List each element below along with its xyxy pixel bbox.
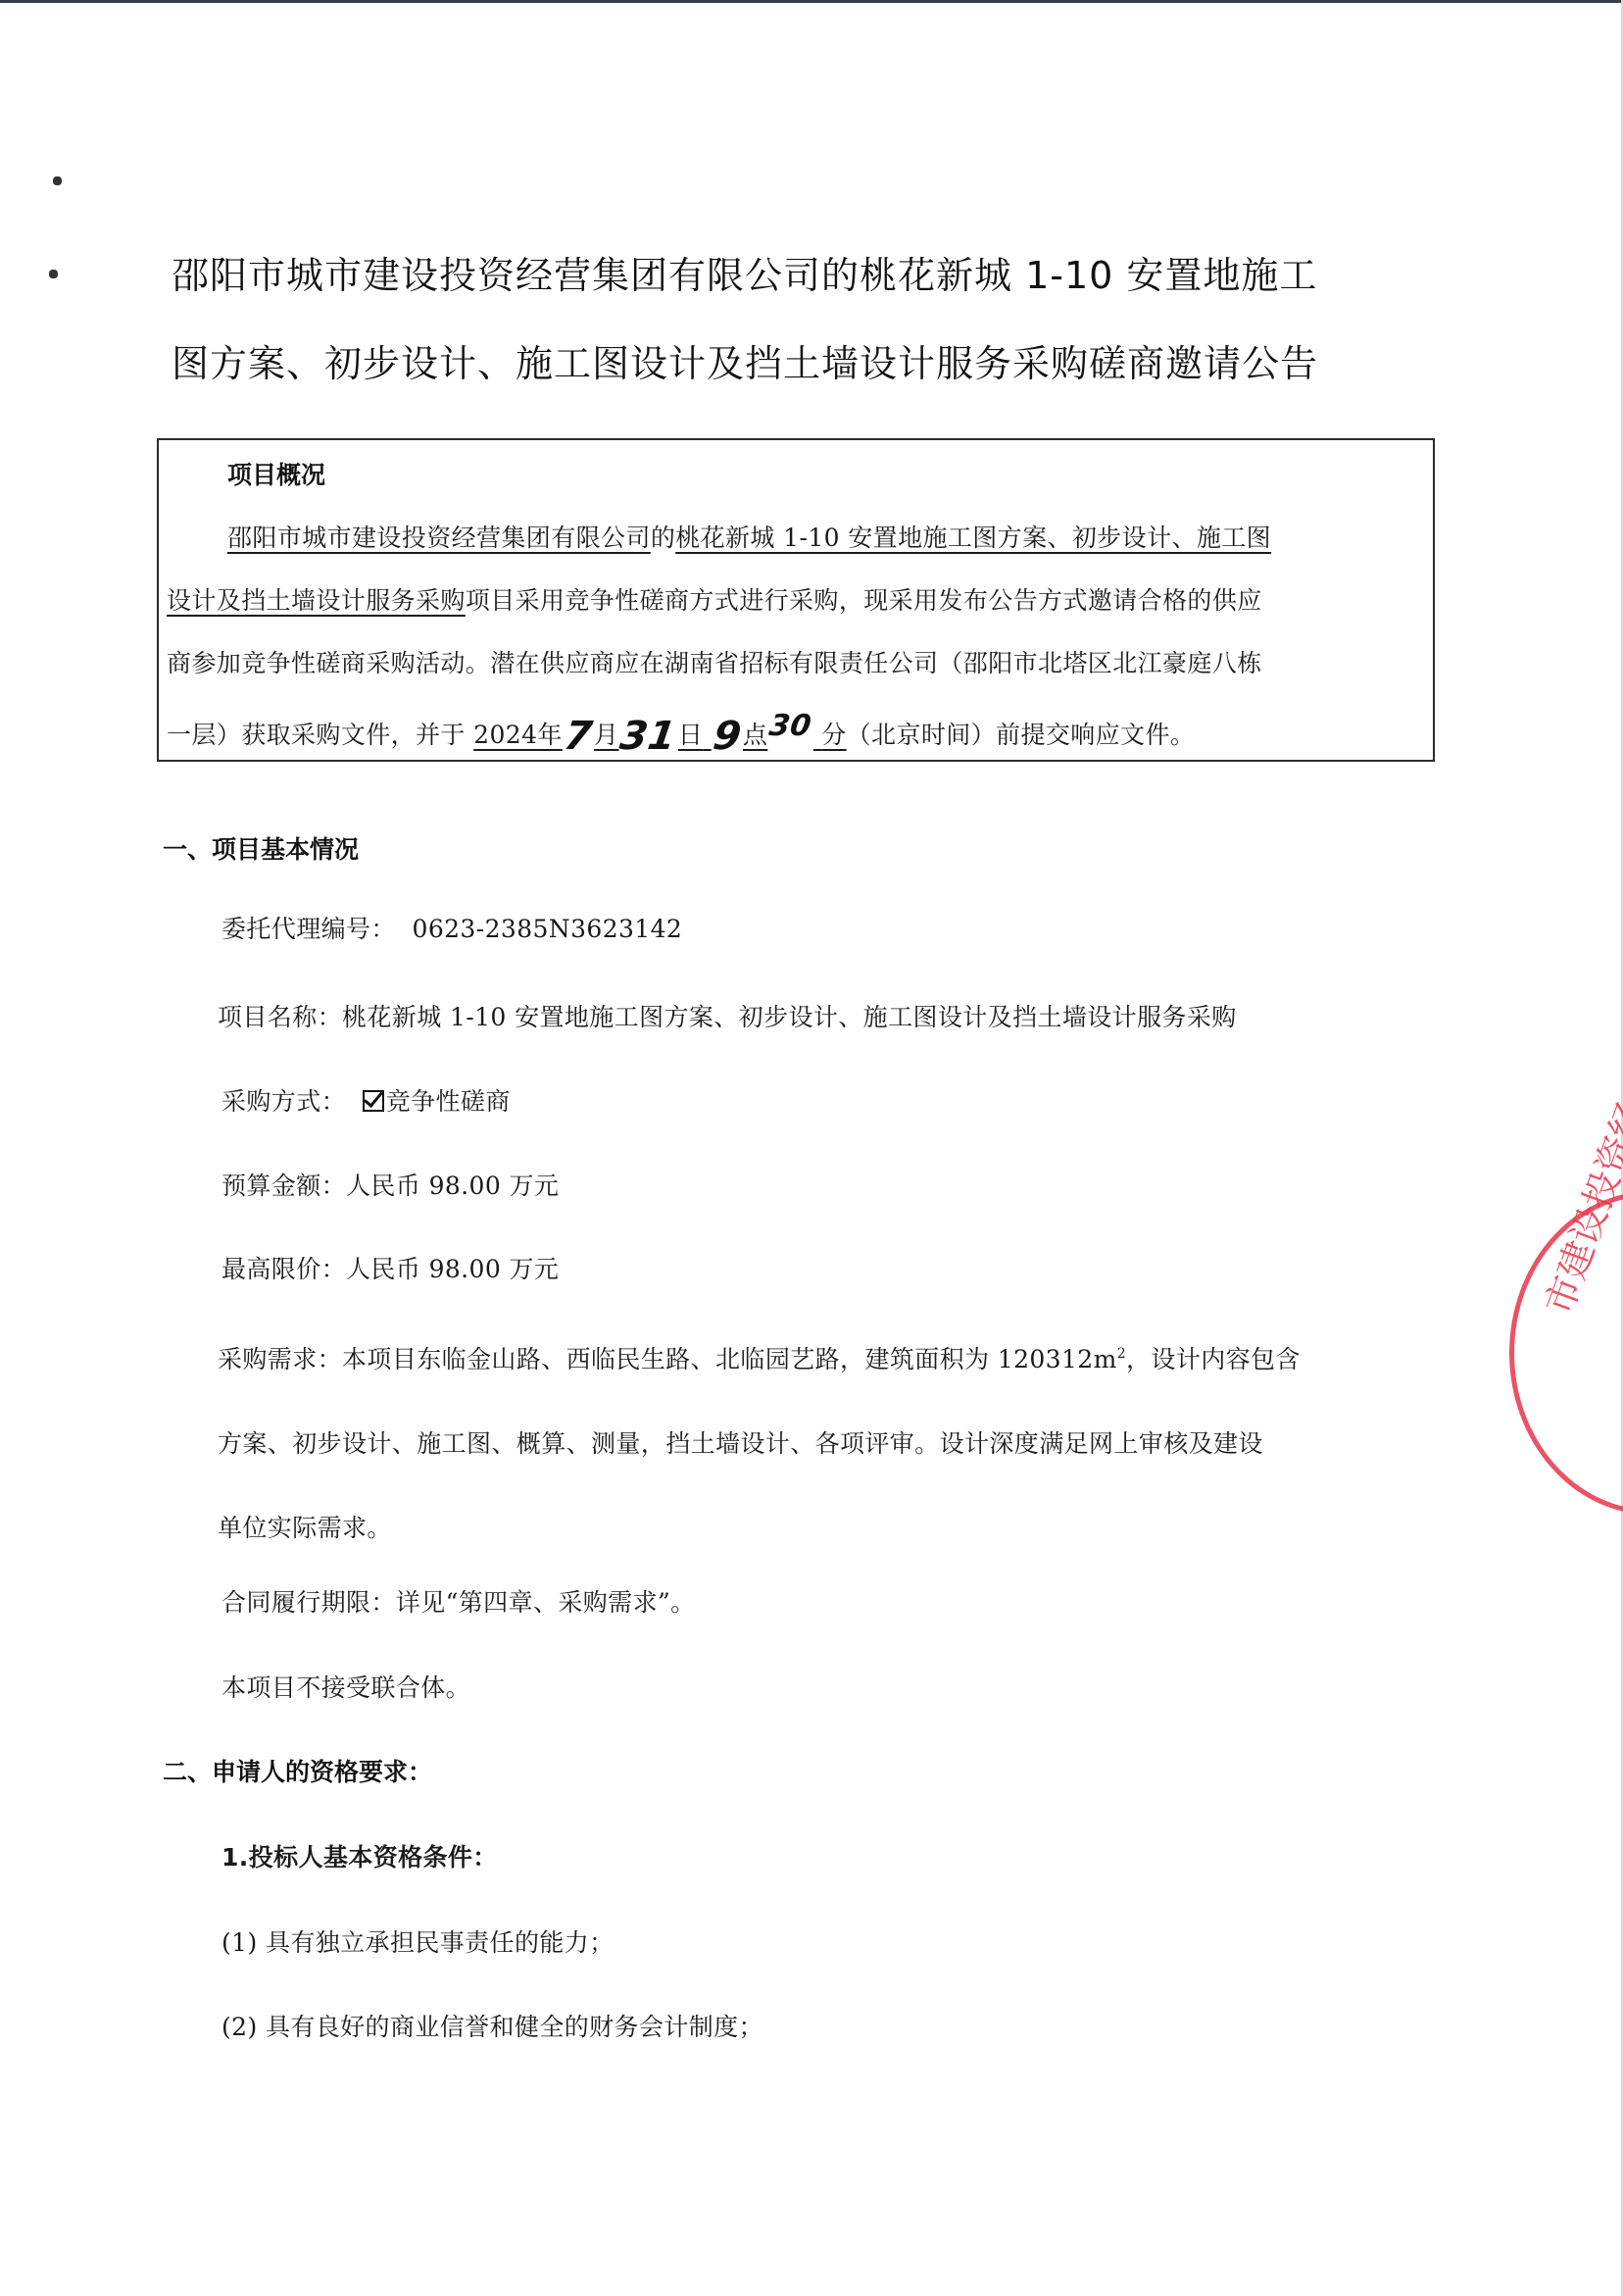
connector: 的 (651, 524, 675, 552)
demand-line-1: 采购需求：本项目东临金山路、西临民生路、北临园艺路，建筑面积为 120312m2… (218, 1312, 1433, 1402)
overview-heading: 项目概况 (227, 456, 325, 491)
sub-heading-basic-qualifications: 1.投标人基本资格条件： (221, 1838, 498, 1873)
section-1-heading: 一、项目基本情况 (163, 830, 359, 866)
project-name-label: 项目名称： (218, 1003, 342, 1031)
qualification-item-1: (1) 具有独立承担民事责任的能力； (221, 1923, 615, 1959)
title-line-2: 图方案、初步设计、施工图设计及挡土墙设计服务采购磋商邀请公告 (172, 320, 1465, 408)
qualification-item-2: (2) 具有良好的商业信誉和健全的财务会计制度； (221, 2008, 763, 2043)
project-overview-box: 项目概况 邵阳市城市建设投资经营集团有限公司的桃花新城 1-10 安置地施工图方… (157, 438, 1435, 762)
deadline-hour-unit: 点 (743, 721, 767, 749)
overview-line-3: 商参加竞争性磋商采购活动。潜在供应商应在湖南省招标有限责任公司（邵阳市北塔区北江… (167, 632, 1431, 695)
procurement-method-label: 采购方式： (221, 1087, 346, 1116)
deadline-day-unit: 日 (678, 721, 703, 749)
overview-line-4: 一层）获取采购文件，并于 2024年7月31日 9点30 分（北京时间）前提交响… (167, 695, 1431, 768)
demand-line-1-end: ，设计内容包含 (1126, 1345, 1301, 1373)
agency-number-label: 委托代理编号： (221, 915, 396, 943)
deadline-year-unit: 年 (537, 721, 562, 749)
overview-line-2: 设计及挡土墙设计服务采购项目采用竞争性磋商方式进行采购，现采用发布公告方式邀请合… (167, 570, 1431, 632)
overview-line-1: 邵阳市城市建设投资经营集团有限公司的桃花新城 1-10 安置地施工图方案、初步设… (167, 507, 1431, 570)
contract-term: 合同履行期限：详见“第四章、采购需求”。 (221, 1583, 696, 1619)
project-name-field: 项目名称：桃花新城 1-10 安置地施工图方案、初步设计、施工图设计及挡土墙设计… (218, 998, 1237, 1033)
purchaser-name: 邵阳市城市建设投资经营集团有限公司 (227, 524, 651, 552)
deadline-year: 2024 (473, 721, 537, 749)
deadline: 2024年7月31日 9点30 分 (473, 721, 846, 749)
title-line-1: 邵阳市城市建设投资经营集团有限公司的桃花新城 1-10 安置地施工 (172, 231, 1465, 320)
demand-line-3: 单位实际需求。 (218, 1486, 1433, 1571)
procurement-method-value: 竞争性磋商 (386, 1087, 511, 1116)
agency-number-value: 0623-2385N3623142 (413, 915, 683, 943)
overview-line-2-text: 项目采用竞争性磋商方式进行采购，现采用发布公告方式邀请合格的供应 (466, 586, 1262, 615)
max-price-label: 最高限价： (221, 1255, 346, 1283)
deadline-minute-unit: 分 (821, 721, 846, 749)
overview-line-4-suffix: （北京时间）前提交响应文件。 (847, 721, 1196, 749)
budget-label: 预算金额： (221, 1172, 346, 1200)
demand-line-2: 方案、初步设计、施工图、概算、测量，挡土墙设计、各项评审。设计深度满足网上审核及… (218, 1402, 1433, 1486)
max-price-field: 最高限价：人民币 98.00 万元 (221, 1250, 559, 1285)
overview-line-4-prefix: 一层）获取采购文件，并于 (167, 721, 473, 749)
document-title: 邵阳市城市建设投资经营集团有限公司的桃花新城 1-10 安置地施工 图方案、初步… (172, 231, 1465, 408)
project-title-part-1: 桃花新城 1-10 安置地施工图方案、初步设计、施工图 (675, 524, 1271, 552)
checkbox-checked-icon (363, 1090, 384, 1112)
max-price-value: 人民币 98.00 万元 (346, 1255, 559, 1283)
agency-number-field: 委托代理编号： 0623-2385N3623142 (221, 910, 682, 945)
project-name-value: 桃花新城 1-10 安置地施工图方案、初步设计、施工图设计及挡土墙设计服务采购 (342, 1003, 1237, 1031)
scan-speck (53, 176, 62, 185)
section-2-heading: 二、申请人的资格要求： (163, 1753, 432, 1788)
deadline-minute-handwritten: 30 (765, 695, 816, 758)
overview-body: 邵阳市城市建设投资经营集团有限公司的桃花新城 1-10 安置地施工图方案、初步设… (167, 507, 1431, 768)
budget-value: 人民币 98.00 万元 (346, 1172, 559, 1200)
deadline-month-unit: 月 (594, 721, 618, 749)
project-title-part-2: 设计及挡土墙设计服务采购 (167, 586, 466, 615)
demand-label: 采购需求： (218, 1345, 342, 1373)
budget-field: 预算金额：人民币 98.00 万元 (221, 1167, 559, 1202)
procurement-demand: 采购需求：本项目东临金山路、西临民生路、北临园艺路，建筑面积为 120312m2… (218, 1312, 1433, 1571)
procurement-method-field: 采购方式： 竞争性磋商 (221, 1082, 511, 1118)
deadline-day-handwritten: 31 (616, 705, 680, 768)
superscript: 2 (1117, 1346, 1126, 1362)
page-top-edge (0, 0, 1623, 3)
deadline-hour-handwritten: 9 (709, 705, 745, 768)
demand-line-1-text: 本项目东临金山路、西临民生路、北临园艺路，建筑面积为 120312m (342, 1345, 1117, 1373)
consortium-note: 本项目不接受联合体。 (221, 1669, 470, 1704)
deadline-month-handwritten: 7 (560, 705, 596, 768)
scan-speck (49, 270, 58, 278)
